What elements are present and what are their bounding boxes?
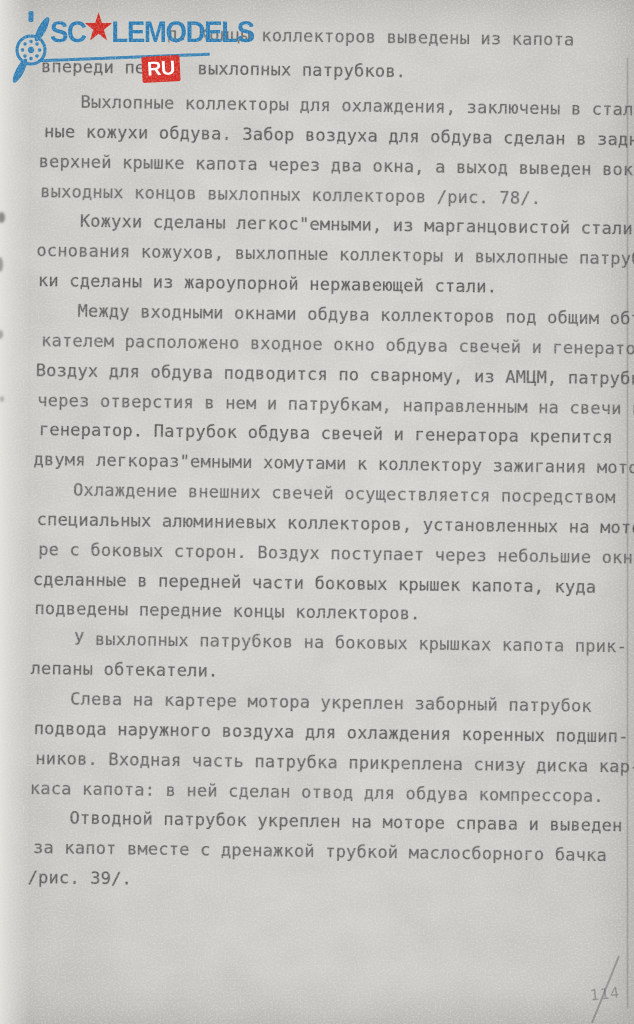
brand-text: SC ★ LEMODELS [50,18,254,48]
text-line: лепаны обтекатели. [30,659,218,683]
text-line: подведены передние концы коллекторов. [34,600,420,626]
text-line: Кожухи сделаны легкос"емными, из марганц… [80,212,634,241]
brand-prefix: SC [50,18,86,48]
text-line: через отверстия в нем и патрубкам, напра… [37,391,634,420]
text-line: ников. Входная часть патрубка прикреплен… [35,749,634,778]
text-line: Между входными окнами обдува коллекторов… [77,302,634,331]
red-star-icon: ★ [83,13,114,43]
text-line: специальных алюминиевых коллекторов, уст… [37,510,634,540]
text-line: сделанные в передней части боковых крыше… [33,570,597,599]
text-line: кателем расположено входное окно обдува … [41,331,634,361]
text-line: основания кожухов, выхлопные коллекторы … [36,241,634,271]
text-line: /рис. 39/. [28,868,133,890]
ru-badge: RU [141,55,180,83]
text-line: ре с боковых сторон. Воздух поступает че… [38,540,634,570]
text-line: ные кожухи обдува. Забор воздуха для обд… [44,122,634,152]
text-line: выходных концов выхлопных коллекторов /р… [40,182,541,210]
text-line: У выхлопных патрубков на боковых крышках… [74,630,627,659]
ink-speck [0,396,4,402]
text-line: каса капота: в ней сделан отвод для обду… [30,779,604,808]
text-line: за капот вместе с дренажкой трубкой масл… [33,838,607,867]
text-line: генератор. Патрубок обдува свечей и гене… [39,420,613,449]
text-line: ки сделаны из жароупорной нержавеющей ст… [38,271,497,298]
scanned-page: д. Концы коллекторов выведены из капотав… [0,0,634,1024]
text-line: Слева на картере мотора укреплен заборны… [70,690,592,718]
text-line: верхней крышке капота через два окна, а … [39,152,634,182]
watermark-logo: SC ★ LEMODELS RU [0,0,225,105]
brand-suffix: LEMODELS [111,18,253,48]
page-edge-line [627,58,628,1008]
text-line: двумя легкораз"емными хомутами к коллект… [33,450,634,480]
text-line: подвода наружного воздуха для охлаждения… [34,719,629,748]
text-line: Воздух для обдува подводится по сварному… [36,361,634,391]
text-line: Охлаждение внешних свечей осуществляется… [73,481,616,510]
document-text: д. Концы коллекторов выведены из капотав… [0,0,634,1024]
text-line: Отводной патрубок укреплен на моторе спр… [69,809,622,838]
